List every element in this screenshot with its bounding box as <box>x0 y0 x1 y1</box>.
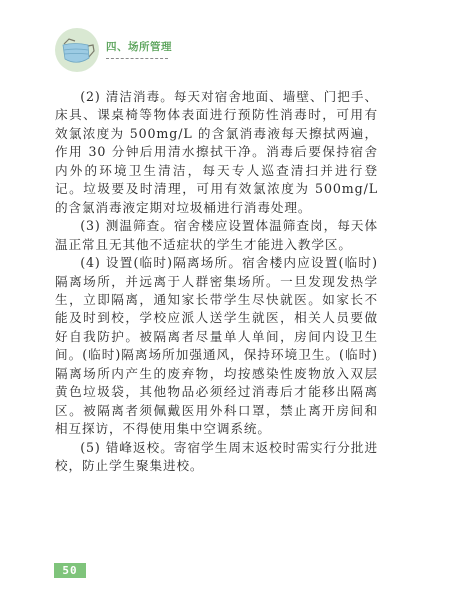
paragraph-isolation-site: (4) 设置(临时)隔离场所。宿舍楼内应设置(临时)隔离场所，并远离于人群密集场… <box>55 254 378 439</box>
section-title: 四、场所管理 <box>106 39 172 54</box>
paragraph-cleaning-disinfection: (2) 清洁消毒。每天对宿舍地面、墙壁、门把手、床具、课桌椅等物体表面进行预防性… <box>55 88 378 217</box>
body-text: (2) 清洁消毒。每天对宿舍地面、墙壁、门把手、床具、课桌椅等物体表面进行预防性… <box>55 88 378 476</box>
section-header: 四、场所管理 <box>55 28 255 74</box>
paragraph-staggered-return: (5) 错峰返校。寄宿学生周末返校时需实行分批进校，防止学生聚集进校。 <box>55 439 378 476</box>
face-mask-icon <box>55 28 99 72</box>
paragraph-temperature-screening: (3) 测温筛查。宿舍楼应设置体温筛查岗，每天体温正常且无其他不适症状的学生才能… <box>55 217 378 254</box>
page-number: 50 <box>54 563 86 578</box>
title-underline-divider <box>106 58 168 59</box>
